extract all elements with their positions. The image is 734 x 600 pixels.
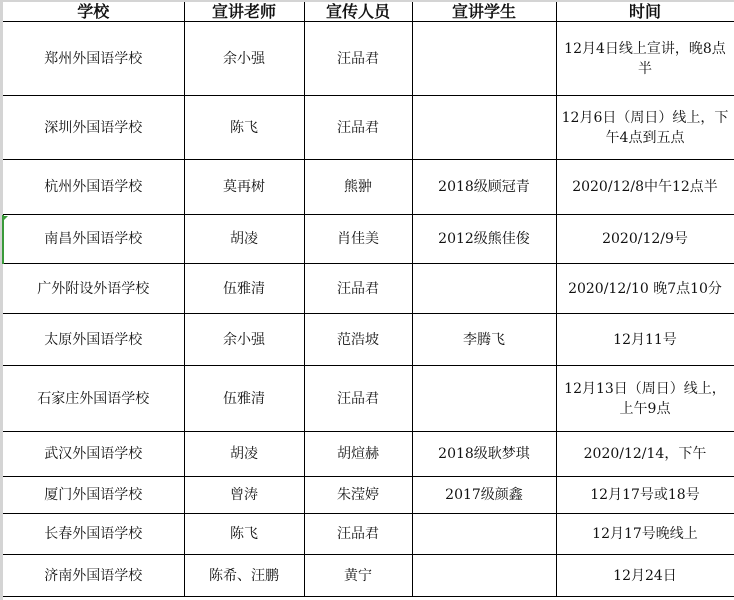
cell-promoter[interactable]: 胡煊赫: [304, 432, 412, 477]
cell-time[interactable]: 12月4日线上宣讲，晚8点半: [556, 22, 734, 96]
cell-school[interactable]: 广外附设外语学校: [3, 264, 184, 314]
cell-student[interactable]: 2017级颜鑫: [412, 477, 556, 514]
cell-school[interactable]: 武汉外国语学校: [3, 432, 184, 477]
cell-teacher[interactable]: 曾涛: [184, 477, 304, 514]
table-row: 太原外国语学校余小强范浩坡李腾飞12月11号: [3, 314, 734, 366]
cell-promoter[interactable]: 熊翀: [304, 160, 412, 215]
header-teacher[interactable]: 宣讲老师: [184, 2, 304, 22]
cell-time[interactable]: 2020/12/14，下午: [556, 432, 734, 477]
cell-school[interactable]: 郑州外国语学校: [3, 22, 184, 96]
cell-student[interactable]: [412, 264, 556, 314]
header-time[interactable]: 时间: [556, 2, 734, 22]
cell-time[interactable]: 12月13日（周日）线上，上午9点: [556, 366, 734, 432]
cell-promoter[interactable]: 黄宁: [304, 555, 412, 597]
cell-student[interactable]: 2012级熊佳俊: [412, 215, 556, 264]
cell-promoter[interactable]: 汪品君: [304, 22, 412, 96]
cell-school[interactable]: 济南外国语学校: [3, 555, 184, 597]
cell-student[interactable]: 李腾飞: [412, 314, 556, 366]
cell-promoter[interactable]: 范浩坡: [304, 314, 412, 366]
cell-teacher[interactable]: 莫再树: [184, 160, 304, 215]
spreadsheet-table: 学校 宣讲老师 宣传人员 宣讲学生 时间 郑州外国语学校余小强汪品君12月4日线…: [3, 2, 734, 597]
cell-student[interactable]: 2018级顾冠青: [412, 160, 556, 215]
cell-time[interactable]: 12月17号或18号: [556, 477, 734, 514]
cell-promoter[interactable]: 朱滢婷: [304, 477, 412, 514]
table-row: 广外附设外语学校伍雅清汪品君2020/12/10 晚7点10分: [3, 264, 734, 314]
cell-teacher[interactable]: 余小强: [184, 314, 304, 366]
cell-teacher[interactable]: 陈希、汪鹏: [184, 555, 304, 597]
cell-student[interactable]: [412, 22, 556, 96]
cell-promoter[interactable]: 汪品君: [304, 264, 412, 314]
cell-student[interactable]: [412, 555, 556, 597]
cell-school[interactable]: 杭州外国语学校: [3, 160, 184, 215]
header-row: 学校 宣讲老师 宣传人员 宣讲学生 时间: [3, 2, 734, 22]
header-school[interactable]: 学校: [3, 2, 184, 22]
cell-time[interactable]: 2020/12/9号: [556, 215, 734, 264]
table-row: 济南外国语学校陈希、汪鹏黄宁12月24日: [3, 555, 734, 597]
cell-time[interactable]: 2020/12/10 晚7点10分: [556, 264, 734, 314]
cell-school[interactable]: 深圳外国语学校: [3, 96, 184, 160]
table-body: 郑州外国语学校余小强汪品君12月4日线上宣讲，晚8点半深圳外国语学校陈飞汪品君1…: [3, 22, 734, 597]
cell-student[interactable]: [412, 96, 556, 160]
cell-student[interactable]: 2018级耿梦琪: [412, 432, 556, 477]
cell-time[interactable]: 12月11号: [556, 314, 734, 366]
cell-student[interactable]: [412, 514, 556, 555]
cell-school[interactable]: 厦门外国语学校: [3, 477, 184, 514]
cell-school[interactable]: 石家庄外国语学校: [3, 366, 184, 432]
cell-teacher[interactable]: 伍雅清: [184, 264, 304, 314]
table-row: 石家庄外国语学校伍雅清汪品君12月13日（周日）线上，上午9点: [3, 366, 734, 432]
cell-promoter[interactable]: 汪品君: [304, 514, 412, 555]
table-row: 武汉外国语学校胡凌胡煊赫2018级耿梦琪2020/12/14，下午: [3, 432, 734, 477]
table-row: 深圳外国语学校陈飞汪品君12月6日（周日）线上，下午4点到五点: [3, 96, 734, 160]
cell-school[interactable]: 南昌外国语学校: [3, 215, 184, 264]
cell-teacher[interactable]: 陈飞: [184, 514, 304, 555]
table-row: 厦门外国语学校曾涛朱滢婷2017级颜鑫12月17号或18号: [3, 477, 734, 514]
cell-school[interactable]: 长春外国语学校: [3, 514, 184, 555]
table-row: 杭州外国语学校莫再树熊翀2018级顾冠青2020/12/8中午12点半: [3, 160, 734, 215]
cell-time[interactable]: 12月6日（周日）线上，下午4点到五点: [556, 96, 734, 160]
cell-promoter[interactable]: 汪品君: [304, 96, 412, 160]
cell-promoter[interactable]: 肖佳美: [304, 215, 412, 264]
cell-time[interactable]: 12月24日: [556, 555, 734, 597]
cell-teacher[interactable]: 胡凌: [184, 215, 304, 264]
cell-time[interactable]: 2020/12/8中午12点半: [556, 160, 734, 215]
cell-teacher[interactable]: 胡凌: [184, 432, 304, 477]
cell-comment-marker: [3, 216, 8, 221]
cell-teacher[interactable]: 伍雅清: [184, 366, 304, 432]
cell-teacher[interactable]: 余小强: [184, 22, 304, 96]
cell-school[interactable]: 太原外国语学校: [3, 314, 184, 366]
cell-student[interactable]: [412, 366, 556, 432]
cell-time[interactable]: 12月17号晚线上: [556, 514, 734, 555]
table-row: 南昌外国语学校胡凌肖佳美2012级熊佳俊2020/12/9号: [3, 215, 734, 264]
active-cell-indicator: [2, 215, 4, 264]
cell-promoter[interactable]: 汪品君: [304, 366, 412, 432]
header-promoter[interactable]: 宣传人员: [304, 2, 412, 22]
header-student[interactable]: 宣讲学生: [412, 2, 556, 22]
table-row: 长春外国语学校陈飞汪品君12月17号晚线上: [3, 514, 734, 555]
table-row: 郑州外国语学校余小强汪品君12月4日线上宣讲，晚8点半: [3, 22, 734, 96]
cell-teacher[interactable]: 陈飞: [184, 96, 304, 160]
